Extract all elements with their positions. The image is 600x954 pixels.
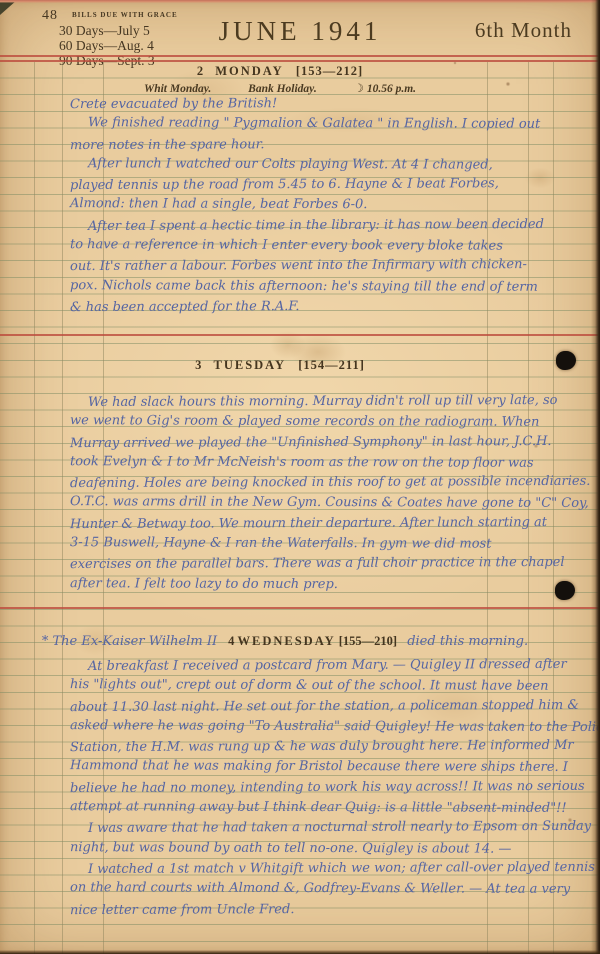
punch-hole xyxy=(556,351,576,370)
handwriting-line: about 11.30 last night. He set out for t… xyxy=(70,696,570,718)
handwriting-line: after tea. I felt too lazy to do much pr… xyxy=(70,574,570,596)
handwriting-line: Almond: then I had a single, beat Forbes… xyxy=(70,195,570,217)
handwriting-line: on the hard courts with Almond &, Godfre… xyxy=(70,878,570,900)
header-red-rule-top xyxy=(0,55,600,57)
day-range: [154—211] xyxy=(298,358,365,372)
handwriting-line: We finished reading " Pygmalion & Galate… xyxy=(70,113,570,135)
day-number: 4 xyxy=(228,634,234,648)
handwriting-line: After tea I spent a hectic time in the l… xyxy=(70,215,570,237)
handwriting-line: Murray arrived we played the "Unfinished… xyxy=(70,432,570,454)
day-range: [153—212] xyxy=(296,64,363,78)
handwriting-line: I was aware that he had taken a nocturna… xyxy=(70,817,570,839)
column-rule-left-2 xyxy=(62,62,63,954)
day-name: WEDNESDAY xyxy=(237,634,335,648)
handwriting-line: took Evelyn & I to Mr McNeish's room as … xyxy=(70,452,570,474)
handwriting-line: I watched a 1st match v Whitgift which w… xyxy=(70,858,570,880)
handwriting-line: At breakfast I received a postcard from … xyxy=(70,655,570,677)
day-name: MONDAY xyxy=(215,64,283,78)
handwriting-line: asked where he was going "To Australia" … xyxy=(70,716,570,738)
diary-page: 48BILLS DUE WITH GRACE 30 Days—July 5 60… xyxy=(0,0,600,954)
day-number: 2 xyxy=(197,64,203,78)
handwriting-line: more notes in the spare hour. xyxy=(70,134,570,156)
handwriting-line: played tennis up the road from 5.45 to 6… xyxy=(70,174,570,196)
section-divider-rule xyxy=(0,607,600,609)
day-header-wednesday: * The Ex-Kaiser Wilhelm II 4 WEDNESDAY [… xyxy=(0,632,570,650)
handwriting-line: we went to Gig's room & played some reco… xyxy=(70,411,570,433)
handwriting-line: night, but was bound by oath to tell no-… xyxy=(70,838,570,860)
handwriting-after-header: died this morning. xyxy=(407,634,528,649)
handwriting-line: Station, the H.M. was rung up & he was d… xyxy=(70,736,570,758)
handwriting-line: After lunch I watched our Colts playing … xyxy=(70,154,570,176)
handwritten-entry-wednesday: At breakfast I received a postcard from … xyxy=(70,656,570,920)
handwriting-line: exercises on the parallel bars. There wa… xyxy=(70,553,570,575)
day-header-tuesday: 3 TUESDAY [154—211] xyxy=(0,358,560,373)
punch-hole xyxy=(555,581,575,600)
handwriting-line: nice letter came from Uncle Fred. xyxy=(70,898,570,920)
handwriting-line: O.T.C. was arms drill in the New Gym. Co… xyxy=(70,493,570,515)
page-edge-top xyxy=(0,0,600,3)
page-edge-right xyxy=(591,0,600,954)
column-rule-left-1 xyxy=(34,62,35,954)
handwriting-line: Hunter & Betway too. We mourn their depa… xyxy=(70,513,570,535)
handwriting-line: to have a reference in which I enter eve… xyxy=(70,235,570,257)
month-ordinal: 6th Month xyxy=(475,18,572,43)
handwriting-line: his "lights out", crept out of dorm & ou… xyxy=(70,675,570,697)
day-name: TUESDAY xyxy=(214,358,287,372)
handwritten-entry-monday: Crete evacuated by the British! We finis… xyxy=(70,94,570,317)
handwriting-line: Crete evacuated by the British! xyxy=(70,93,570,115)
handwriting-line: believe he had no money, intending to wo… xyxy=(70,777,570,799)
handwriting-line: out. It's rather a labour. Forbes went i… xyxy=(70,255,570,277)
handwriting-line: attempt at running away but I think dear… xyxy=(70,797,570,819)
section-divider-rule xyxy=(0,334,600,336)
handwriting-line: 3-15 Buswell, Hayne & I ran the Waterfal… xyxy=(70,533,570,555)
handwriting-line: We had slack hours this morning. Murray … xyxy=(70,391,570,413)
handwriting-line: & has been accepted for the R.A.F. xyxy=(70,296,570,318)
handwriting-line: Hammond that he was making for Bristol b… xyxy=(70,757,570,779)
handwriting-line: pox. Nichols came back this afternoon: h… xyxy=(70,276,570,298)
day-header-monday: 2 MONDAY [153—212] xyxy=(0,64,560,79)
day-range: [155—210] xyxy=(339,634,397,648)
page-edge-bottom xyxy=(0,950,600,954)
header-red-rule-bottom xyxy=(0,60,600,62)
handwriting-line: deafening. Holes are being knocked in th… xyxy=(70,472,570,494)
day-number: 3 xyxy=(195,358,201,372)
handwriting-before-header: * The Ex-Kaiser Wilhelm II xyxy=(42,634,217,649)
handwritten-entry-tuesday: We had slack hours this morning. Murray … xyxy=(70,392,570,595)
